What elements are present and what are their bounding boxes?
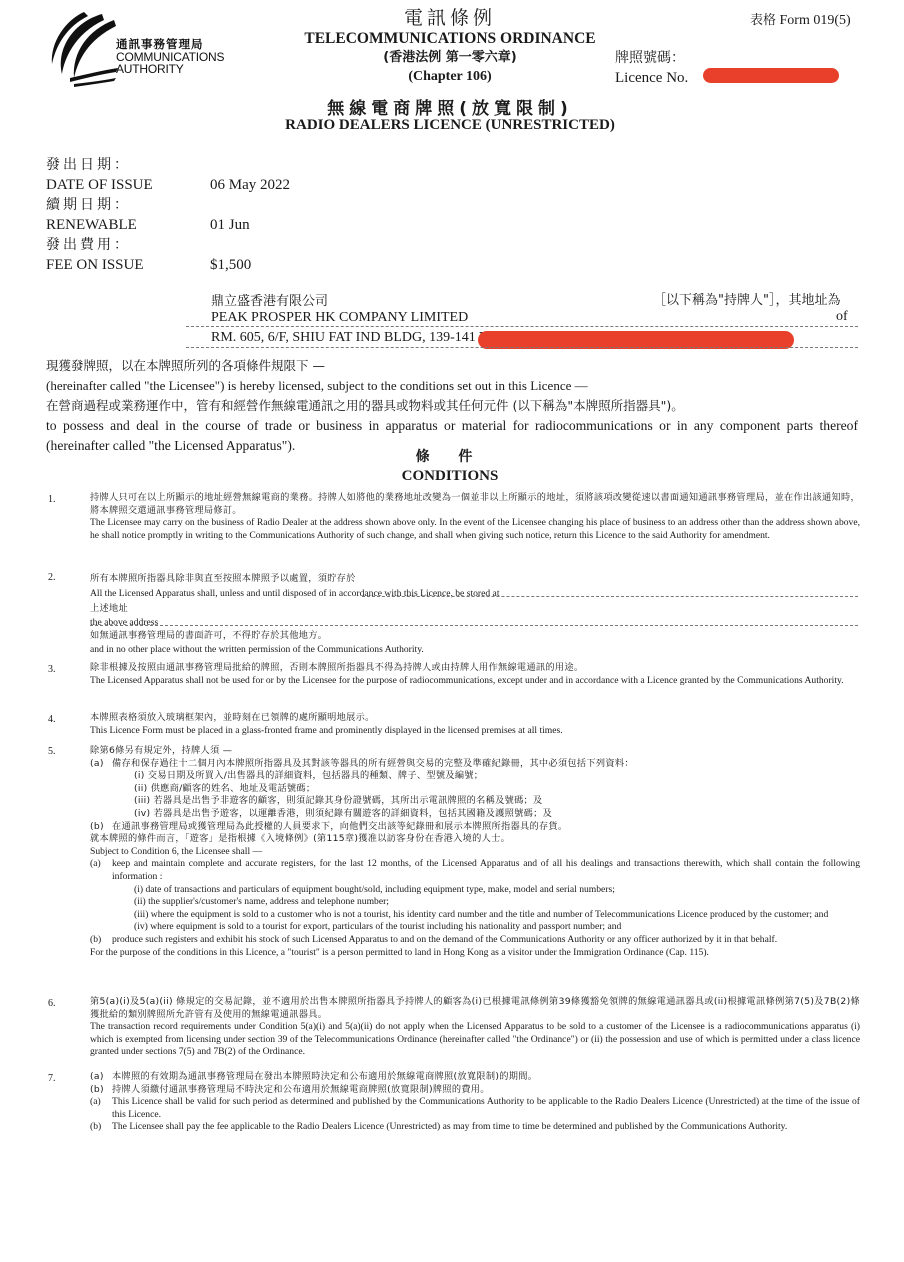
authority-name: 通訊事務管理局 COMMUNICATIONS AUTHORITY <box>116 38 224 76</box>
condition-1: 持牌人只可在以上所顯示的地址經營無線電商的業務。持牌人如將他的業務地址改變為一個… <box>90 492 860 542</box>
licensee-address: RM. 605, 6/F, SHIU FAT IND BLDG, 139-141… <box>211 330 489 346</box>
licence-number-redaction <box>703 68 839 83</box>
licensee-called-zh: ［以下稱為"持牌人"］，其地址為 <box>653 289 840 308</box>
licence-info: 發出日期： DATE OF ISSUE 06 May 2022 續期日期： RE… <box>46 155 290 275</box>
storage-address-line-1 <box>362 596 858 597</box>
licence-title-en: RADIO DEALERS LICENCE (UNRESTRICTED) <box>250 117 650 134</box>
licensee-of: of <box>836 309 848 325</box>
condition-2: 所有本牌照所指器具除非與直至按照本牌照予以處置，須貯存於 All the Lic… <box>90 571 860 657</box>
condition-1-number: 1. <box>48 494 56 505</box>
condition-7: (a) 本牌照的有效期為通訊事務管理局在發出本牌照時決定和公布適用於無線電商牌照… <box>90 1071 860 1134</box>
condition-2-number: 2. <box>48 572 56 583</box>
licensee-name-line <box>186 326 858 327</box>
condition-6-number: 6. <box>48 998 56 1009</box>
condition-5-number: 5. <box>48 746 56 757</box>
condition-3: 除非根據及按照由通訊事務管理局批給的牌照，否則本牌照所指器具不得為持牌人或由持牌… <box>90 662 860 687</box>
date-of-issue-row: DATE OF ISSUE 06 May 2022 <box>46 175 290 195</box>
condition-3-number: 3. <box>48 664 56 675</box>
date-of-issue-value: 06 May 2022 <box>210 175 290 195</box>
condition-5: 除第6條另有規定外，持牌人須 — (a) 備存和保存過往十二個月內本牌照所指器具… <box>90 745 860 959</box>
renewable-row: RENEWABLE 01 Jun <box>46 215 290 235</box>
licensee-address-line <box>186 347 858 348</box>
conditions-heading: 條 件 CONDITIONS <box>380 448 520 486</box>
licensee-name-en: PEAK PROSPER HK COMPANY LIMITED <box>211 310 468 326</box>
licensee-name-zh: 鼎立盛香港有限公司 <box>211 290 328 309</box>
fee-row: FEE ON ISSUE $1,500 <box>46 255 290 275</box>
storage-address-line-2 <box>90 625 858 626</box>
condition-7-number: 7. <box>48 1073 56 1084</box>
licence-number-label: 牌照號碼： Licence No. <box>615 48 688 88</box>
licence-title-zh: 無線電商牌照(放寬限制) <box>260 94 640 119</box>
ordinance-header: 電訊條例 TELECOMMUNICATIONS ORDINANCE (香港法例 … <box>280 6 620 86</box>
fee-value: $1,500 <box>210 255 251 275</box>
preamble: 現獲發牌照，以在本牌照所列的各項條件規限下 — (hereinafter cal… <box>46 356 858 456</box>
condition-4: 本牌照表格須放入玻璃框架內，並時刻在已領牌的處所顯明地展示。 This Lice… <box>90 712 860 737</box>
renewable-value: 01 Jun <box>210 215 250 235</box>
condition-4-number: 4. <box>48 714 56 725</box>
condition-6: 第5(a)(i)及5(a)(ii) 條規定的交易記錄，並不適用於出售本牌照所指器… <box>90 996 860 1059</box>
form-number: 表格 Form 019(5) <box>750 9 851 29</box>
